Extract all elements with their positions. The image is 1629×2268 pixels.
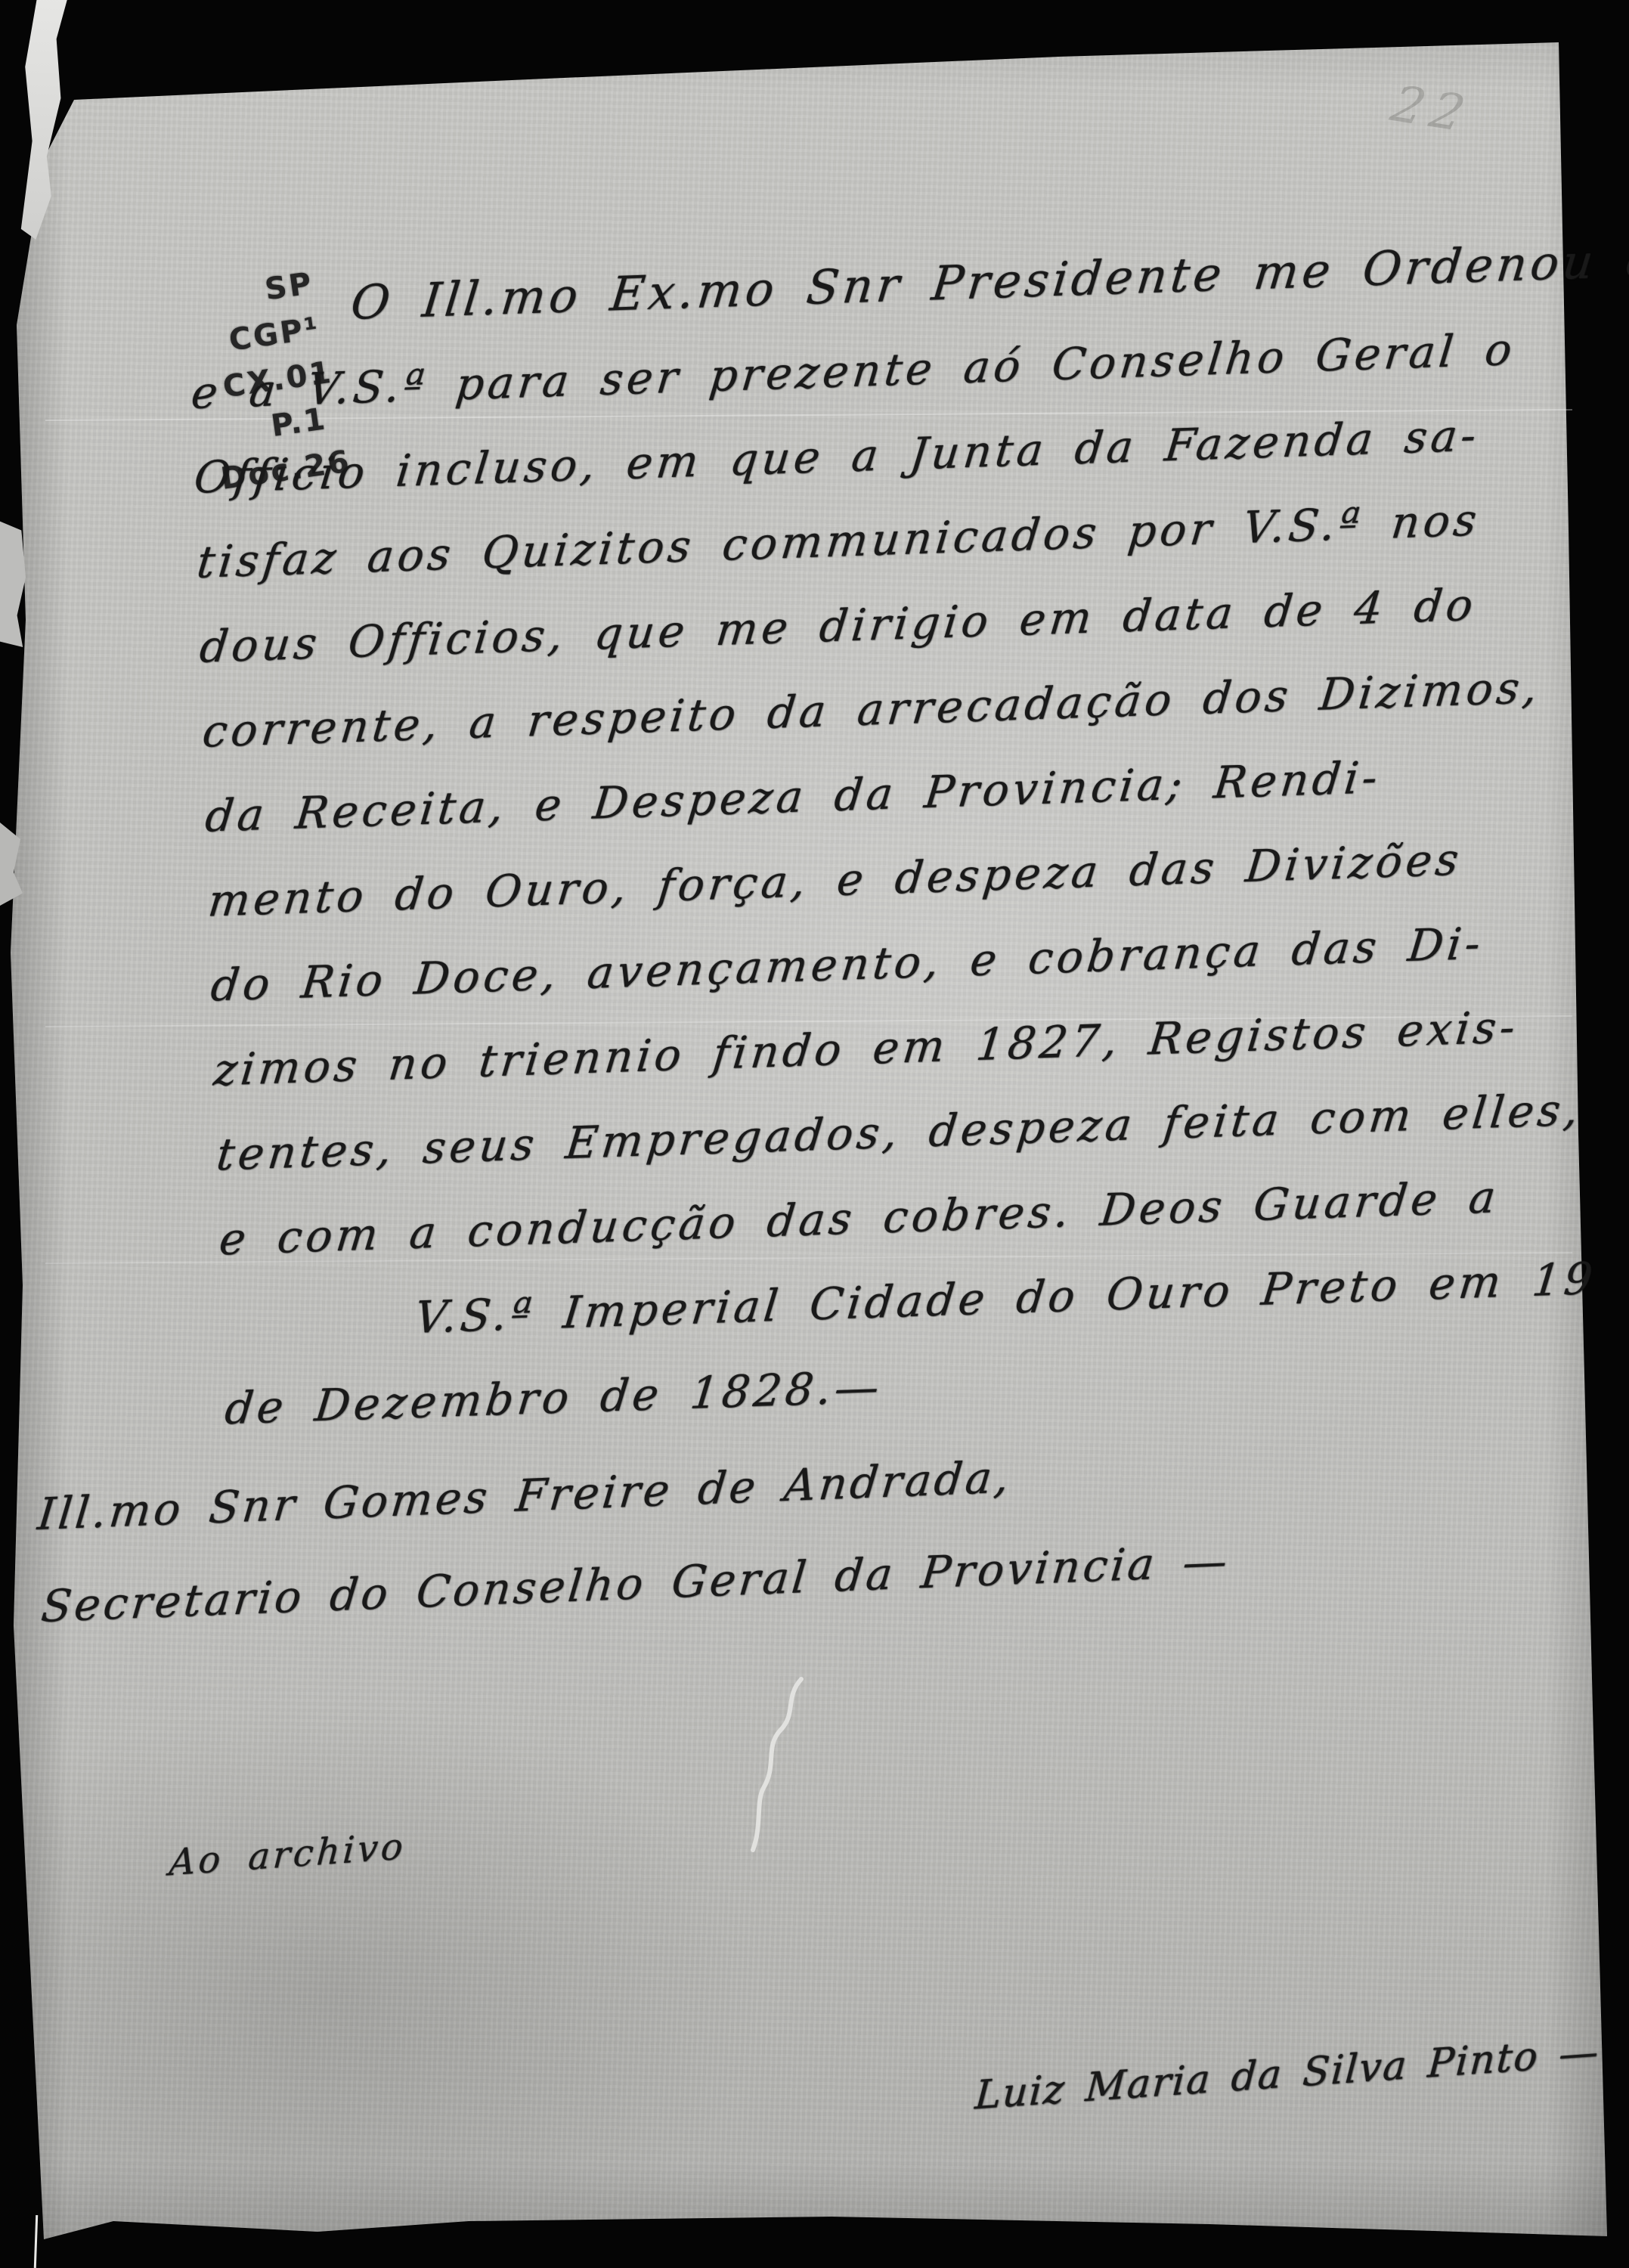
pencil-page-number: 22 [1386,75,1479,144]
letter-body: O Ill.mo Ex.mo Snr Presidente me Ordenou… [187,219,1629,1451]
paper-fiber [34,2215,38,2268]
scanned-document-page: 22 SP CGP¹ CX.01 P.1 Doc.26 O Ill.mo Ex.… [0,0,1629,2268]
torn-paper-shred [0,520,26,647]
